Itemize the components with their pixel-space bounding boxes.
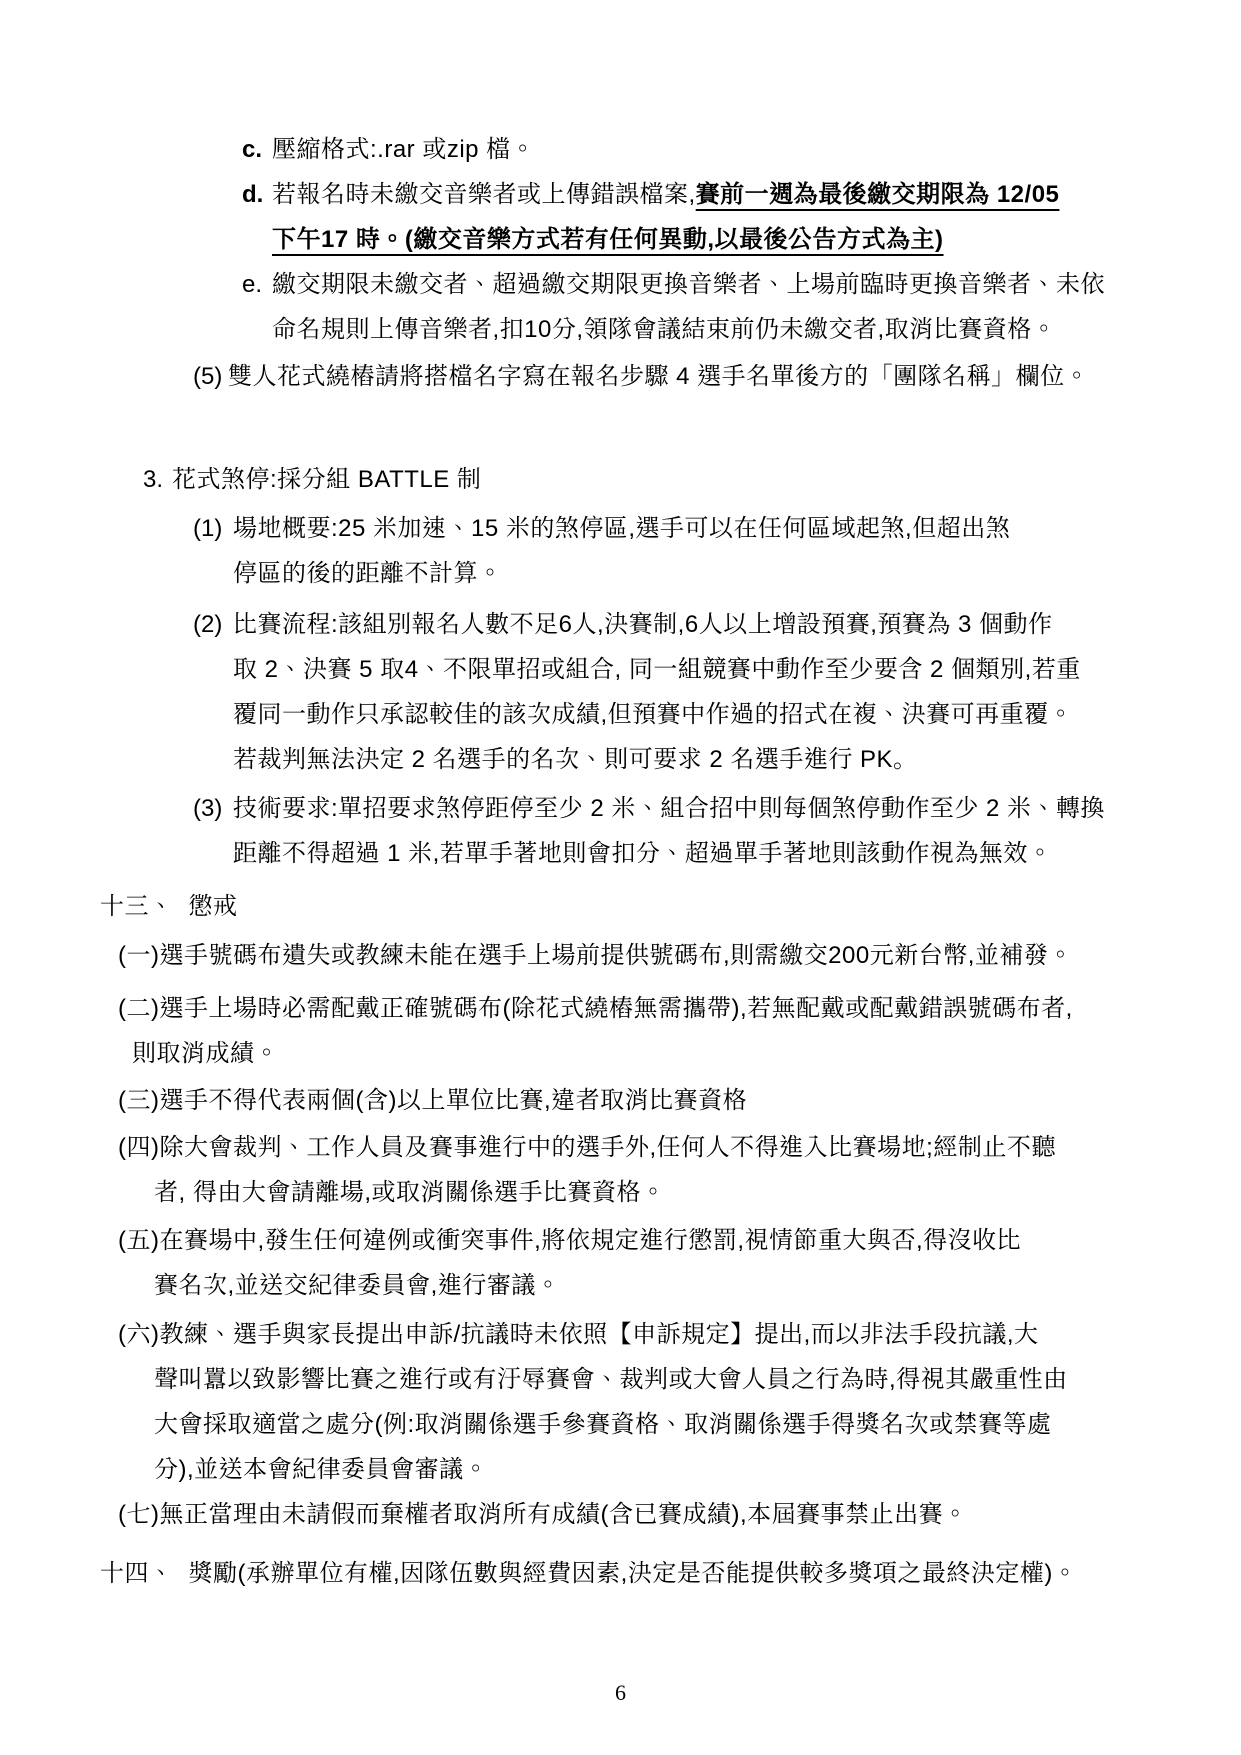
- item-e-marker: e.: [242, 262, 262, 307]
- text-line: 距離不得超過 1 米,若單手著地則會扣分、超過單手著地則該動作視為無效。: [233, 831, 1241, 876]
- item-e-text-2: 命名規則上傳音樂者,扣10分,領隊會議結束前仍未繳交者,取消比賽資格。: [272, 316, 1056, 343]
- text-line: 取 2、決賽 5 取4、不限單招或組合, 同一組競賽中動作至少要含 2 個類別,…: [233, 647, 1241, 692]
- item-3-1-text: 場地概要:25 米加速、15 米的煞停區,選手可以在任何區域起煞,但超出煞: [233, 515, 1010, 542]
- penalty-2-text-2: 則取消成績。: [132, 1040, 279, 1067]
- blank-gap: [0, 399, 1241, 457]
- text-line: 比賽流程:該組別報名人數不足6人,決賽制,6人以上增設預賽,預賽為 3 個動作: [233, 602, 1241, 647]
- item-3-2-text-4: 若裁判無法決定 2 名選手的名次、則可要求 2 名選手進行 PK。: [233, 746, 918, 773]
- text-line: (六)教練、選手與家長提出申訴/抗議時未依照【申訴規定】提出,而以非法手段抗議,…: [118, 1312, 1241, 1357]
- penalty-6-text-2: 聲叫囂以致影響比賽之進行或有汙辱賽會、裁判或大會人員之行為時,得視其嚴重性由: [154, 1366, 1068, 1393]
- text-line: 命名規則上傳音樂者,扣10分,領隊會議結束前仍未繳交者,取消比賽資格。: [272, 307, 1241, 352]
- penalty-1-text: (一)選手號碼布遺失或教練未能在選手上場前提供號碼布,則需繳交200元新台幣,並…: [118, 942, 1073, 969]
- item-d-deadline-bold: 賽前一週為最後繳交期限為 12/05: [696, 181, 1060, 208]
- item-d-marker: d.: [242, 172, 263, 217]
- text-line: (一)選手號碼布遺失或教練未能在選手上場前提供號碼布,則需繳交200元新台幣,並…: [118, 933, 1241, 978]
- penalty-item-5: (五)在賽場中,發生任何違例或衝突事件,將依規定進行懲罰,視情節重大與否,得沒收…: [118, 1218, 1241, 1308]
- penalty-item-1: (一)選手號碼布遺失或教練未能在選手上場前提供號碼布,則需繳交200元新台幣,並…: [118, 933, 1241, 978]
- text-line: 覆同一動作只承認較佳的該次成績,但預賽中作過的招式在複、決賽可再重覆。: [233, 692, 1241, 737]
- item-3-2-text-3: 覆同一動作只承認較佳的該次成績,但預賽中作過的招式在複、決賽可再重覆。: [233, 701, 1073, 728]
- penalty-2-text: (二)選手上場時必需配戴正確號碼布(除花式繞樁無需攜帶),若無配戴或配戴錯誤號碼…: [118, 995, 1073, 1022]
- text-line: 十四、獎勵(承辦單位有權,因隊伍數與經費因素,決定是否能提供較多獎項之最終決定權…: [100, 1551, 1241, 1596]
- document-body: c. 壓縮格式:.rar 或zip 檔。 d. 若報名時未繳交音樂者或上傳錯誤檔…: [0, 0, 1241, 1596]
- text-line: 壓縮格式:.rar 或zip 檔。: [272, 127, 1241, 172]
- text-line: 花式煞停:採分組 BATTLE 制: [172, 457, 1241, 502]
- list-item-3: 3. 花式煞停:採分組 BATTLE 制: [172, 457, 1241, 502]
- text-line: 技術要求:單招要求煞停距停至少 2 米、組合招中則每個煞停動作至少 2 米、轉換: [233, 786, 1241, 831]
- text-line: 聲叫囂以致影響比賽之進行或有汙辱賽會、裁判或大會人員之行為時,得視其嚴重性由: [118, 1357, 1241, 1402]
- item-c-marker: c.: [242, 127, 262, 172]
- text-line: (三)選手不得代表兩個(含)以上單位比賽,違者取消比賽資格: [118, 1078, 1241, 1123]
- text-line: 賽名次,並送交紀律委員會,進行審議。: [118, 1263, 1241, 1308]
- penalty-7-text: (七)無正當理由未請假而棄權者取消所有成績(含已賽成績),本屆賽事禁止出賽。: [118, 1501, 968, 1528]
- item-d-deadline-bold-2: 下午17 時。(繳交音樂方式若有任何異動,以最後公告方式為主): [272, 226, 944, 253]
- item-3-1-text-2: 停區的後的距離不計算。: [233, 560, 503, 587]
- text-line: 場地概要:25 米加速、15 米的煞停區,選手可以在任何區域起煞,但超出煞: [233, 506, 1241, 551]
- item-d-text-normal: 若報名時未繳交音樂者或上傳錯誤檔案,: [272, 181, 696, 208]
- text-line: 大會採取適當之處分(例:取消關係選手參賽資格、取消關係選手得獎名次或禁賽等處: [118, 1402, 1241, 1447]
- item-3-2-marker: (2): [193, 602, 222, 647]
- section-13-marker: 十三、: [100, 893, 174, 920]
- section-14-title: 獎勵(承辦單位有權,因隊伍數與經費因素,決定是否能提供較多獎項之最終決定權)。: [189, 1560, 1078, 1587]
- list-item-e: e. 繳交期限未繳交者、超過繳交期限更換音樂者、上場前臨時更換音樂者、未依 命名…: [272, 262, 1241, 352]
- list-item-d: d. 若報名時未繳交音樂者或上傳錯誤檔案,賽前一週為最後繳交期限為 12/05 …: [272, 172, 1241, 262]
- item-5-marker: (5): [193, 354, 222, 399]
- item-5-text: 雙人花式繞樁請將搭檔名字寫在報名步驟 4 選手名單後方的「團隊名稱」欄位。: [228, 363, 1089, 390]
- penalty-5-text-2: 賽名次,並送交紀律委員會,進行審議。: [154, 1272, 560, 1299]
- item-c-text: 壓縮格式:.rar 或zip 檔。: [272, 136, 535, 163]
- list-item-3-1: (1) 場地概要:25 米加速、15 米的煞停區,選手可以在任何區域起煞,但超出…: [233, 506, 1241, 596]
- item-3-2-text-2: 取 2、決賽 5 取4、不限單招或組合, 同一組競賽中動作至少要含 2 個類別,…: [233, 656, 1081, 683]
- item-3-3-marker: (3): [193, 786, 222, 831]
- list-item-3-3: (3) 技術要求:單招要求煞停距停至少 2 米、組合招中則每個煞停動作至少 2 …: [233, 786, 1241, 876]
- penalty-6-text: (六)教練、選手與家長提出申訴/抗議時未依照【申訴規定】提出,而以非法手段抗議,…: [118, 1321, 1039, 1348]
- list-item-3-2: (2) 比賽流程:該組別報名人數不足6人,決賽制,6人以上增設預賽,預賽為 3 …: [233, 602, 1241, 782]
- text-line: 停區的後的距離不計算。: [233, 551, 1241, 596]
- text-line: 雙人花式繞樁請將搭檔名字寫在報名步驟 4 選手名單後方的「團隊名稱」欄位。: [228, 354, 1241, 399]
- section-14-marker: 十四、: [100, 1560, 174, 1587]
- text-line: 繳交期限未繳交者、超過繳交期限更換音樂者、上場前臨時更換音樂者、未依: [272, 262, 1241, 307]
- text-line: 分),並送本會紀律委員會審議。: [118, 1447, 1241, 1492]
- item-3-title: 花式煞停:採分組 BATTLE 制: [172, 466, 481, 493]
- text-line: (二)選手上場時必需配戴正確號碼布(除花式繞樁無需攜帶),若無配戴或配戴錯誤號碼…: [118, 986, 1241, 1031]
- penalty-item-6: (六)教練、選手與家長提出申訴/抗議時未依照【申訴規定】提出,而以非法手段抗議,…: [118, 1312, 1241, 1492]
- text-line: 若裁判無法決定 2 名選手的名次、則可要求 2 名選手進行 PK。: [233, 737, 1241, 782]
- penalty-item-2: (二)選手上場時必需配戴正確號碼布(除花式繞樁無需攜帶),若無配戴或配戴錯誤號碼…: [118, 986, 1241, 1076]
- item-e-text: 繳交期限未繳交者、超過繳交期限更換音樂者、上場前臨時更換音樂者、未依: [272, 271, 1105, 298]
- item-3-2-text: 比賽流程:該組別報名人數不足6人,決賽制,6人以上增設預賽,預賽為 3 個動作: [233, 611, 1053, 638]
- penalty-3-text: (三)選手不得代表兩個(含)以上單位比賽,違者取消比賽資格: [118, 1087, 747, 1114]
- penalty-5-text: (五)在賽場中,發生任何違例或衝突事件,將依規定進行懲罰,視情節重大與否,得沒收…: [118, 1227, 1021, 1254]
- text-line: 若報名時未繳交音樂者或上傳錯誤檔案,賽前一週為最後繳交期限為 12/05: [272, 172, 1241, 217]
- penalty-6-text-3: 大會採取適當之處分(例:取消關係選手參賽資格、取消關係選手得獎名次或禁賽等處: [154, 1411, 1052, 1438]
- section-14-heading: 十四、獎勵(承辦單位有權,因隊伍數與經費因素,決定是否能提供較多獎項之最終決定權…: [100, 1551, 1241, 1596]
- section-13-title: 懲戒: [189, 893, 238, 920]
- penalty-item-4: (四)除大會裁判、工作人員及賽事進行中的選手外,任何人不得進入比賽場地;經制止不…: [118, 1125, 1241, 1215]
- penalty-4-text: (四)除大會裁判、工作人員及賽事進行中的選手外,任何人不得進入比賽場地;經制止不…: [118, 1134, 1056, 1161]
- text-line: 者, 得由大會請離場,或取消關係選手比賽資格。: [118, 1170, 1241, 1215]
- text-line: 十三、懲戒: [100, 884, 1241, 929]
- text-line: (七)無正當理由未請假而棄權者取消所有成績(含已賽成績),本屆賽事禁止出賽。: [118, 1492, 1241, 1537]
- list-item-5: (5) 雙人花式繞樁請將搭檔名字寫在報名步驟 4 選手名單後方的「團隊名稱」欄位…: [228, 354, 1241, 399]
- penalty-item-7: (七)無正當理由未請假而棄權者取消所有成績(含已賽成績),本屆賽事禁止出賽。: [118, 1492, 1241, 1537]
- penalty-6-text-4: 分),並送本會紀律委員會審議。: [154, 1456, 488, 1483]
- item-3-marker: 3.: [143, 457, 163, 502]
- text-line: 下午17 時。(繳交音樂方式若有任何異動,以最後公告方式為主): [272, 217, 1241, 262]
- list-item-c: c. 壓縮格式:.rar 或zip 檔。: [272, 127, 1241, 172]
- penalty-4-text-2: 者, 得由大會請離場,或取消關係選手比賽資格。: [154, 1179, 666, 1206]
- section-13-heading: 十三、懲戒: [100, 884, 1241, 929]
- item-3-3-text: 技術要求:單招要求煞停距停至少 2 米、組合招中則每個煞停動作至少 2 米、轉換: [233, 795, 1105, 822]
- page-number: 6: [0, 1670, 1241, 1715]
- text-line: (五)在賽場中,發生任何違例或衝突事件,將依規定進行懲罰,視情節重大與否,得沒收…: [118, 1218, 1241, 1263]
- item-3-3-text-2: 距離不得超過 1 米,若單手著地則會扣分、超過單手著地則該動作視為無效。: [233, 840, 1052, 867]
- text-line: 則取消成績。: [118, 1031, 1241, 1076]
- text-line: (四)除大會裁判、工作人員及賽事進行中的選手外,任何人不得進入比賽場地;經制止不…: [118, 1125, 1241, 1170]
- item-3-1-marker: (1): [193, 506, 222, 551]
- penalty-item-3: (三)選手不得代表兩個(含)以上單位比賽,違者取消比賽資格: [118, 1078, 1241, 1123]
